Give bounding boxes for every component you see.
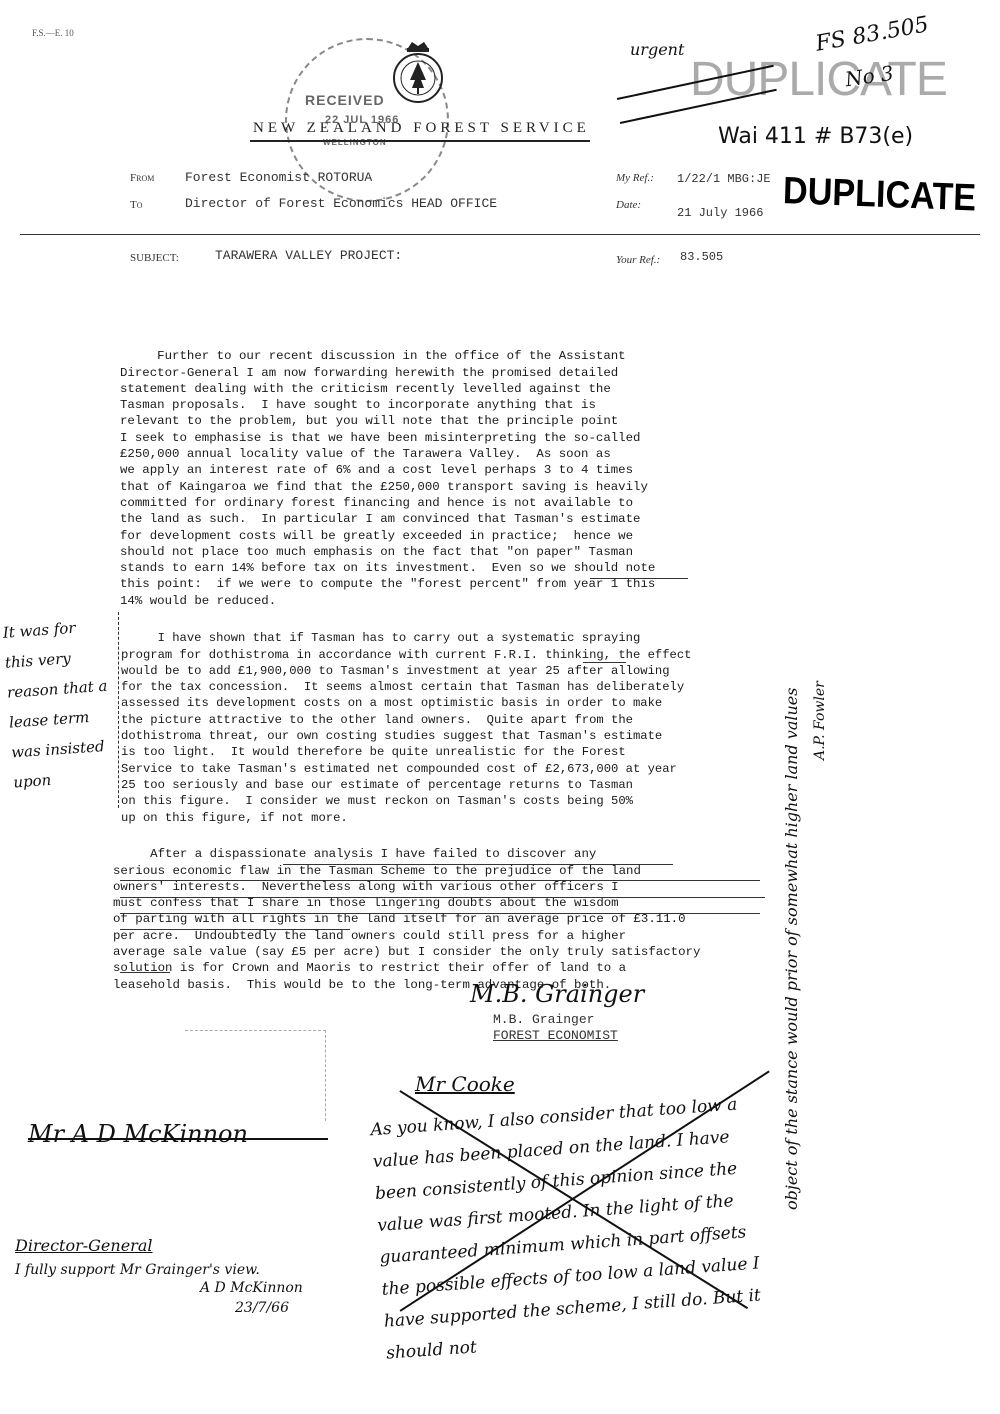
forwarded-note-sign: A D McKinnon xyxy=(200,1280,303,1296)
cooke-salutation: Mr Cooke xyxy=(415,1072,515,1096)
subject-value: TARAWERA VALLEY PROJECT: xyxy=(215,248,402,263)
forwarded-note-title: Director-General xyxy=(15,1236,152,1255)
left-margin-note: It was for this very reason that a lease… xyxy=(2,611,119,798)
my-ref-label: My Ref.: xyxy=(616,172,654,184)
paragraph-2: I have shown that if Tasman has to carry… xyxy=(121,614,801,826)
to-label: To xyxy=(130,199,143,211)
underline-per-acre xyxy=(120,913,760,914)
date-label: Date: xyxy=(616,199,641,211)
underline-sale-value xyxy=(120,929,350,930)
received-stamp-label: RECEIVED xyxy=(305,92,385,108)
signatory-title: FOREST ECONOMIST xyxy=(493,1028,618,1043)
organisation-name: NEW ZEALAND FOREST SERVICE xyxy=(253,120,590,137)
to-value: Director of Forest Economics HEAD OFFICE xyxy=(185,196,497,211)
forwarded-note-body: I fully support Mr Grainger's view. xyxy=(15,1262,260,1278)
subject-label: SUBJECT: xyxy=(130,252,179,264)
paragraph-3: After a dispassionate analysis I have fa… xyxy=(113,830,793,993)
underline-after xyxy=(583,662,626,663)
my-ref-value: 1/22/1 MBG:JE xyxy=(677,172,771,186)
right-margin-note: object of the stance would prior of some… xyxy=(782,590,801,1210)
mckinnon-annotation: Mr A D McKinnon xyxy=(28,1120,248,1148)
urgent-annotation: urgent xyxy=(630,40,684,59)
underline-leasehold xyxy=(120,972,170,973)
your-ref-label: Your Ref.: xyxy=(616,254,660,266)
cooke-note: As you know, I also consider that too lo… xyxy=(370,1086,787,1369)
signature-scrawl: M.B. Grainger xyxy=(470,980,644,1008)
from-value: Forest Economist ROTORUA xyxy=(185,170,372,185)
duplicate-stamp-dark: DUPLICATE xyxy=(782,170,976,220)
underline-from-year-1 xyxy=(590,578,688,579)
file-number-annotation: FS 83.505 xyxy=(814,12,931,56)
crest-icon xyxy=(390,40,446,106)
signatory-name: M.B. Grainger xyxy=(493,1012,594,1027)
organisation-underline xyxy=(250,140,590,142)
header-divider xyxy=(20,234,980,235)
underline-parting xyxy=(120,897,765,898)
paragraph-1: Further to our recent discussion in the … xyxy=(120,332,800,609)
date-value: 21 July 1966 xyxy=(677,206,763,220)
faint-stamp-box xyxy=(185,1030,326,1121)
underline-nevertheless xyxy=(283,864,673,865)
wai-reference-annotation: Wai 411 # B73(e) xyxy=(718,124,913,149)
forwarded-note-date: 23/7/66 xyxy=(235,1300,289,1316)
from-label: From xyxy=(130,172,154,184)
right-margin-initials: A.P. Fowler xyxy=(812,640,828,760)
form-code: F.S.—E. 10 xyxy=(32,28,74,38)
your-ref-value: 83.505 xyxy=(680,250,723,264)
underline-confess xyxy=(120,880,760,881)
strike-line xyxy=(28,1138,328,1140)
